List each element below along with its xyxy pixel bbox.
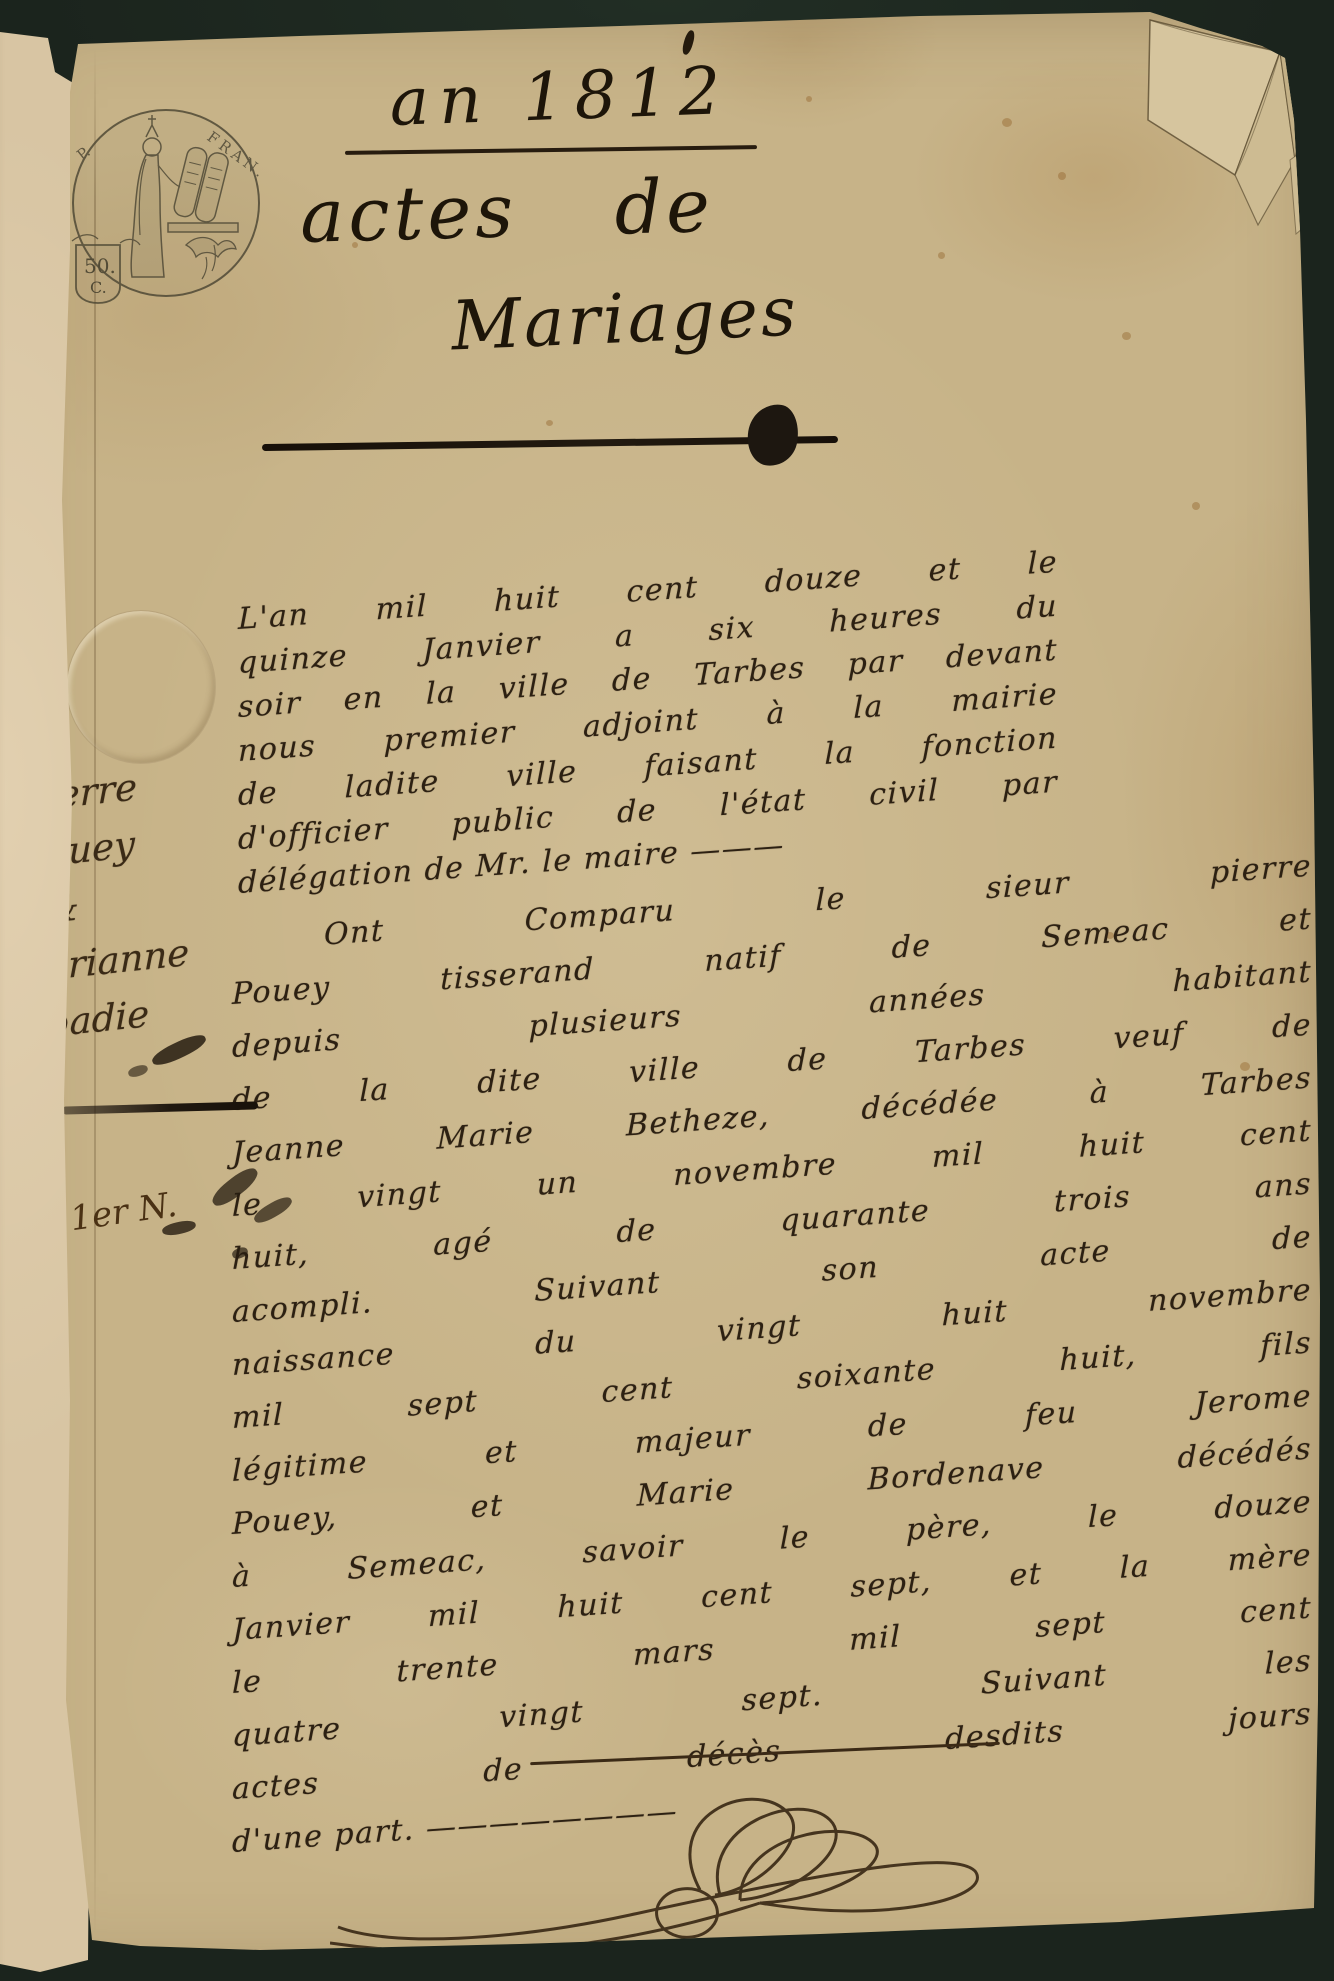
page-title-subject: Mariages	[344, 268, 907, 371]
foxing-spot	[1192, 502, 1200, 510]
act-body-paragraph: Ont Comparu le sieur pierrePouey tissera…	[232, 839, 1312, 1869]
foxing-spot	[938, 252, 945, 259]
foxing-spot	[1122, 332, 1131, 340]
embossed-seal-icon	[66, 610, 216, 764]
foxing-spot	[806, 96, 812, 102]
page-title-year: an 1812	[339, 50, 781, 142]
ink-smudge	[127, 1063, 149, 1079]
ink-mark	[681, 29, 697, 56]
stamp-denomination-top: 50.	[84, 254, 116, 278]
title-underline-rule	[345, 145, 757, 155]
foxing-spot	[1058, 172, 1066, 180]
act-preamble-paragraph: L'an mil huit cent douze et lequinze Jan…	[238, 541, 1058, 906]
stamp-denomination-bottom: C.	[90, 278, 107, 297]
margin-separator-stroke	[62, 1101, 258, 1114]
foxing-spot	[546, 420, 553, 426]
revenue-stamp-icon: P. FRAN. 50. C.	[68, 95, 264, 311]
foxing-spot	[1002, 118, 1012, 127]
ink-blot	[743, 400, 802, 469]
page-title-series: actes de	[299, 158, 901, 260]
margin-names-note: ierreouey&ariannebadie	[46, 746, 256, 1053]
manuscript-page: P. FRAN. 50. C. an 1812 actes de Mariage…	[0, 0, 1334, 1981]
